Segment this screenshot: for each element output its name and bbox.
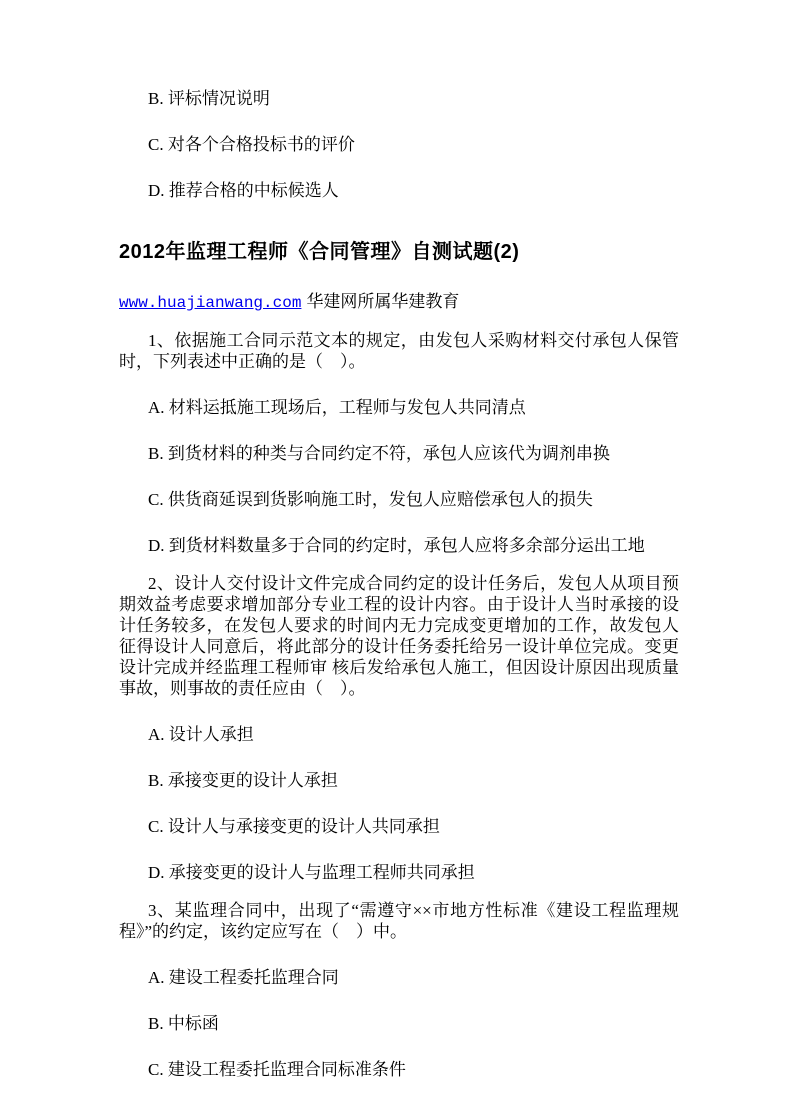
source-line: www.huajianwang.com华建网所属华建教育 bbox=[119, 292, 679, 313]
question-1-option-a: A. 材料运抵施工现场后，工程师与发包人共同清点 bbox=[119, 397, 679, 418]
prev-question-option-d: D. 推荐合格的中标候选人 bbox=[119, 180, 679, 201]
question-2-stem: 2、设计人交付设计文件完成合同约定的设计任务后，发包人从项目预期效益考虑要求增加… bbox=[119, 573, 679, 699]
question-3-option-b: B. 中标函 bbox=[119, 1013, 679, 1034]
document-content: B. 评标情况说明 C. 对各个合格投标书的评价 D. 推荐合格的中标候选人 2… bbox=[0, 0, 679, 1080]
question-2-option-b: B. 承接变更的设计人承担 bbox=[119, 770, 679, 791]
question-1-stem: 1、依据施工合同示范文本的规定，由发包人采购材料交付承包人保管时，下列表述中正确… bbox=[119, 330, 679, 372]
question-2-option-a: A. 设计人承担 bbox=[119, 724, 679, 745]
question-1-option-b: B. 到货材料的种类与合同约定不符，承包人应该代为调剂串换 bbox=[119, 443, 679, 464]
document-title: 2012年监理工程师《合同管理》自测试题(2) bbox=[119, 235, 679, 264]
prev-question-option-b: B. 评标情况说明 bbox=[119, 88, 679, 109]
question-1-option-d: D. 到货材料数量多于合同的约定时，承包人应将多余部分运出工地 bbox=[119, 535, 679, 556]
source-org-text: 华建网所属华建教育 bbox=[306, 292, 459, 311]
question-1-option-c: C. 供货商延误到货影响施工时，发包人应赔偿承包人的损失 bbox=[119, 489, 679, 510]
question-3-option-c: C. 建设工程委托监理合同标准条件 bbox=[119, 1059, 679, 1080]
question-3-option-a: A. 建设工程委托监理合同 bbox=[119, 967, 679, 988]
question-3-stem: 3、某监理合同中，出现了“需遵守××市地方性标准《建设工程监理规程》”的约定，该… bbox=[119, 900, 679, 942]
prev-question-option-c: C. 对各个合格投标书的评价 bbox=[119, 134, 679, 155]
question-2-option-d: D. 承接变更的设计人与监理工程师共同承担 bbox=[119, 862, 679, 883]
document-page: B. 评标情况说明 C. 对各个合格投标书的评价 D. 推荐合格的中标候选人 2… bbox=[0, 0, 792, 1120]
source-link[interactable]: www.huajianwang.com bbox=[119, 294, 301, 312]
question-2-option-c: C. 设计人与承接变更的设计人共同承担 bbox=[119, 816, 679, 837]
